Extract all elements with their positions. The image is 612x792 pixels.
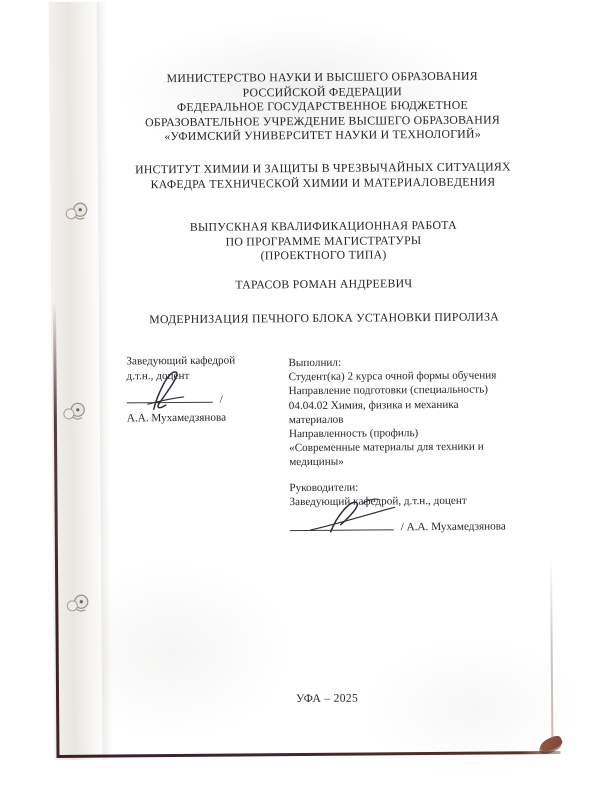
ministry-line: «УФИМСКИЙ УНИВЕРСИТЕТ НАУКИ И ТЕХНОЛОГИЙ… <box>113 127 533 145</box>
author-name: ТАРАСОВ РОМАН АНДРЕЕВИЧ <box>114 275 534 293</box>
performed-by-block: Выполнил: Студент(ка) 2 курса очной форм… <box>288 355 497 470</box>
paper-fastener-icon <box>63 592 93 618</box>
performed-line: Направление подготовки (специальность) <box>289 383 497 399</box>
left-column-degree: д.т.н., доцент <box>126 369 189 384</box>
paper-shading <box>362 638 583 780</box>
supervisors-line: Руководители: <box>289 480 466 496</box>
work-type-line: (ПРОЕКТНОГО ТИПА) <box>114 246 534 264</box>
thesis-title: МОДЕРНИЗАЦИЯ ПЕЧНОГО БЛОКА УСТАНОВКИ ПИР… <box>114 309 534 327</box>
page-edge-right <box>550 558 553 738</box>
city-year: УФА – 2025 <box>117 690 537 706</box>
supervisors-line: Заведующий кафедрой, д.т.н., доцент <box>289 494 466 510</box>
signature-line <box>290 529 394 531</box>
performed-line: медицины» <box>289 454 497 470</box>
paper-fastener-icon <box>62 200 92 226</box>
signature-slash: / <box>220 394 223 406</box>
work-type-block: ВЫПУСКНАЯ КВАЛИФИКАЦИОННАЯ РАБОТА ПО ПРО… <box>113 217 533 264</box>
scanned-title-page: МИНИСТЕРСТВО НАУКИ И ВЫСШЕГО ОБРАЗОВАНИЯ… <box>0 0 612 792</box>
left-signature-row: / <box>127 393 223 408</box>
page-edge-bottom <box>57 751 561 758</box>
paper-shading <box>91 560 292 742</box>
supervisors-block: Руководители: Заведующий кафедрой, д.т.н… <box>289 480 466 510</box>
institute-header: ИНСТИТУТ ХИМИИ И ЗАЩИТЫ В ЧРЕЗВЫЧАЙНЫХ С… <box>113 159 533 192</box>
ministry-header: МИНИСТЕРСТВО НАУКИ И ВЫСШЕГО ОБРАЗОВАНИЯ… <box>112 68 533 144</box>
performed-line: «Современные материалы для техники и <box>289 440 497 456</box>
supervisor-signature-row: / А.А. Мухамедзянова <box>290 519 506 535</box>
department-line: КАФЕДРА ТЕХНИЧЕСКОЙ ХИМИИ И МАТЕРИАЛОВЕД… <box>113 174 533 192</box>
left-column-role: Заведующий кафедрой <box>126 354 235 369</box>
supervisor-signer-name: / А.А. Мухамедзянова <box>401 520 506 533</box>
paper-fastener-icon <box>60 400 90 426</box>
signature-line <box>127 402 213 404</box>
left-signer-name: А.А. Мухамедзянова <box>127 411 226 426</box>
